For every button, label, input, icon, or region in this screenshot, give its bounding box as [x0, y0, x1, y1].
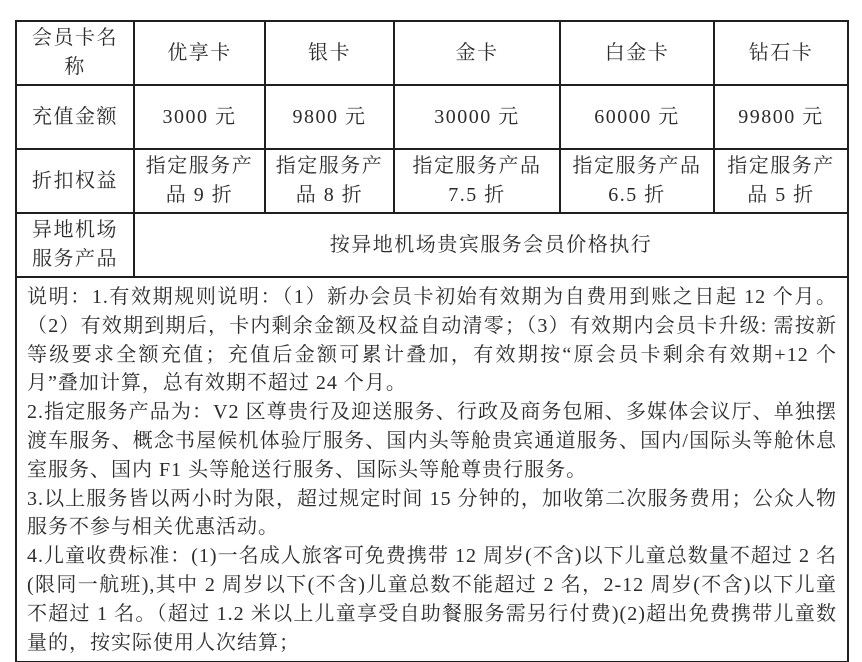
- card-name-cell-platinum: 白金卡: [560, 21, 714, 85]
- card-name-cell-diamond: 钻石卡: [714, 21, 848, 85]
- recharge-value-cell: 60000 元: [560, 85, 714, 149]
- note-paragraph-child-fees: 4.儿童收费标准：(1)一名成人旅客可免费携带 12 周岁(不含)以下儿童总数量…: [27, 542, 837, 657]
- card-name-cell-silver: 银卡: [265, 21, 394, 85]
- note-paragraph-designated-services: 2.指定服务产品为：V2 区尊贵行及迎送服务、行政及商务包厢、多媒体会议厅、单独…: [27, 398, 837, 484]
- discount-value-cell: 指定服务产品 7.5 折: [394, 149, 560, 213]
- recharge-value-cell: 3000 元: [134, 85, 265, 149]
- notes-cell: 说明：1.有效期规则说明：（1）新办会员卡初始有效期为自费用到账之日起 12 个…: [16, 277, 848, 662]
- table-row-recharge-amount: 充值金额 3000 元 9800 元 30000 元 60000 元 99800…: [16, 85, 848, 149]
- recharge-label-cell: 充值金额: [16, 85, 134, 149]
- document-page: 会员卡名称 优享卡 银卡 金卡 白金卡 钻石卡 充值金额 3000 元 9800…: [0, 0, 862, 662]
- card-name-cell-gold: 金卡: [394, 21, 560, 85]
- table-row-discount-benefits: 折扣权益 指定服务产品 9 折 指定服务产品 8 折 指定服务产品 7.5 折 …: [16, 149, 848, 213]
- note-paragraph-validity-rules: 说明：1.有效期规则说明：（1）新办会员卡初始有效期为自费用到账之日起 12 个…: [27, 283, 837, 398]
- discount-value-cell: 指定服务产品 5 折: [714, 149, 848, 213]
- table-row-header: 会员卡名称 优享卡 银卡 金卡 白金卡 钻石卡: [16, 21, 848, 85]
- table-row-notes: 说明：1.有效期规则说明：（1）新办会员卡初始有效期为自费用到账之日起 12 个…: [16, 277, 848, 662]
- remote-airport-value-cell: 按异地机场贵宾服务会员价格执行: [134, 213, 848, 277]
- note-paragraph-time-limit: 3.以上服务皆以两小时为限，超过规定时间 15 分钟的，加收第二次服务费用；公众…: [27, 485, 837, 543]
- discount-label-cell: 折扣权益: [16, 149, 134, 213]
- recharge-value-cell: 9800 元: [265, 85, 394, 149]
- card-name-cell-youxiang: 优享卡: [134, 21, 265, 85]
- discount-value-cell: 指定服务产品 6.5 折: [560, 149, 714, 213]
- table-row-remote-airport-service: 异地机场服务产品 按异地机场贵宾服务会员价格执行: [16, 213, 848, 277]
- membership-card-table: 会员卡名称 优享卡 银卡 金卡 白金卡 钻石卡 充值金额 3000 元 9800…: [15, 20, 849, 662]
- recharge-value-cell: 30000 元: [394, 85, 560, 149]
- discount-value-cell: 指定服务产品 9 折: [134, 149, 265, 213]
- header-label-cell: 会员卡名称: [16, 21, 134, 85]
- remote-airport-label-cell: 异地机场服务产品: [16, 213, 134, 277]
- recharge-value-cell: 99800 元: [714, 85, 848, 149]
- discount-value-cell: 指定服务产品 8 折: [265, 149, 394, 213]
